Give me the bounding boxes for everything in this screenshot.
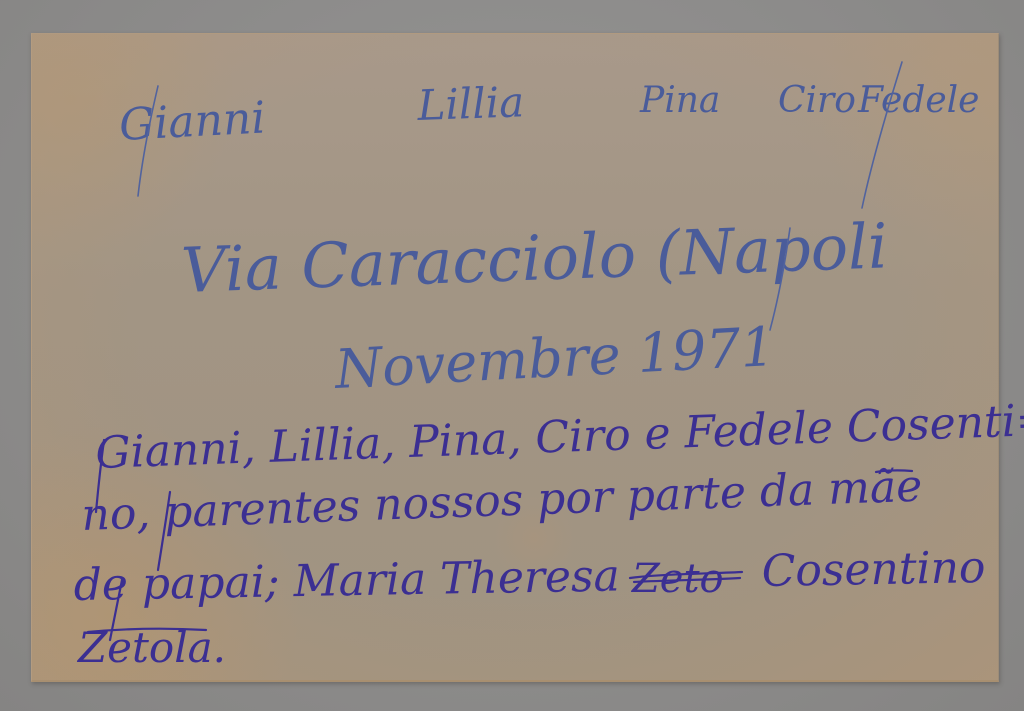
name-gianni: Gianni — [118, 92, 267, 151]
name-lillia: Lillia — [416, 77, 525, 130]
caption-block: Gianni, Lillia, Pina, Ciro e Fedele Cose… — [73, 395, 1024, 672]
names-line: Gianni Lillia Pina Ciro Fedele — [118, 77, 980, 151]
caption-surname: Cosentino — [761, 542, 986, 597]
name-pina: Pina — [639, 80, 720, 121]
place-line: Via Caracciolo (Napoli — [180, 209, 889, 307]
caption-line-3: de papai; Maria Theresa — [73, 550, 620, 611]
address-text: Via Caracciolo (Napoli — [180, 209, 889, 307]
handwriting-layer: Gianni Lillia Pina Ciro Fedele Via Carac… — [0, 0, 1024, 711]
name-fedele: Fedele — [857, 80, 979, 121]
date-line: Novembre 1971 — [331, 315, 776, 401]
date-text: Novembre 1971 — [331, 315, 776, 401]
name-ciro: Ciro — [778, 80, 856, 121]
